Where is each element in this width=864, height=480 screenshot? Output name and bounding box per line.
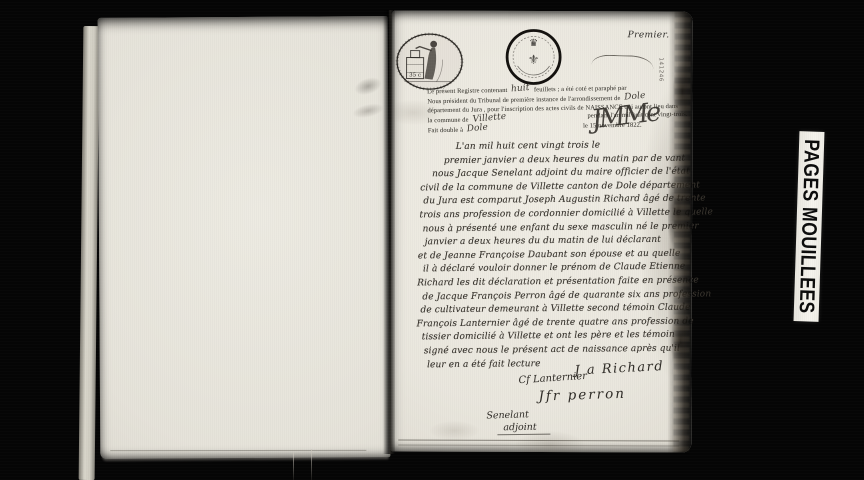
crown-icon: ♛ [529, 38, 538, 49]
figure-head [430, 41, 437, 48]
page-header-premier: Premier. [628, 30, 670, 40]
edge-reference-number: 141246 [658, 57, 664, 82]
handwritten-fill-feuillets: huit [511, 83, 530, 95]
page-block-edge-streaks [673, 11, 691, 452]
printed-text: Fait double à [428, 127, 463, 135]
ink-showthrough-smudge [351, 101, 385, 121]
left-blank-page [98, 16, 391, 459]
film-note-text: PAGES MOUILLEES [794, 139, 825, 314]
fleur-de-lis-icon: ⚜ [528, 53, 540, 68]
printed-text: feuillets ; a été coté et paraphé par [534, 85, 627, 94]
printed-text: la commune de [428, 116, 469, 124]
stamp-value-text: 35 c [409, 73, 421, 79]
handwritten-fill-lieu: Dole [467, 123, 489, 135]
revenue-stamp-vignette: 35 c [394, 31, 464, 91]
right-register-page: Premier. 141246 35 c ♛ ⚜ Le présent Regi… [390, 10, 693, 452]
signature-title-adjoint: adjoint [497, 422, 551, 436]
ink-showthrough-smudge [352, 74, 384, 98]
manuscript-birth-act: L'an mil huit cent vingt trois le premie… [408, 140, 690, 374]
signature-richard: J a Richard [574, 359, 664, 378]
pen-flourish [591, 54, 653, 69]
signature-perron: Jfr perron [538, 386, 626, 405]
binding-thread [311, 449, 312, 480]
printed-text: Le présent Registre contenant [427, 87, 507, 95]
signature-senelant: Senelant [486, 409, 529, 421]
microfilm-scan-viewport: Premier. 141246 35 c ♛ ⚜ Le présent Regi… [0, 0, 864, 480]
binding-thread [293, 452, 294, 480]
crowned-wax-seal: ♛ ⚜ [504, 26, 564, 88]
book-cover-fore-edge [79, 26, 100, 480]
book-gutter-shadow [383, 10, 395, 454]
film-note-pages-mouillees: PAGES MOUILLEES [794, 131, 825, 322]
